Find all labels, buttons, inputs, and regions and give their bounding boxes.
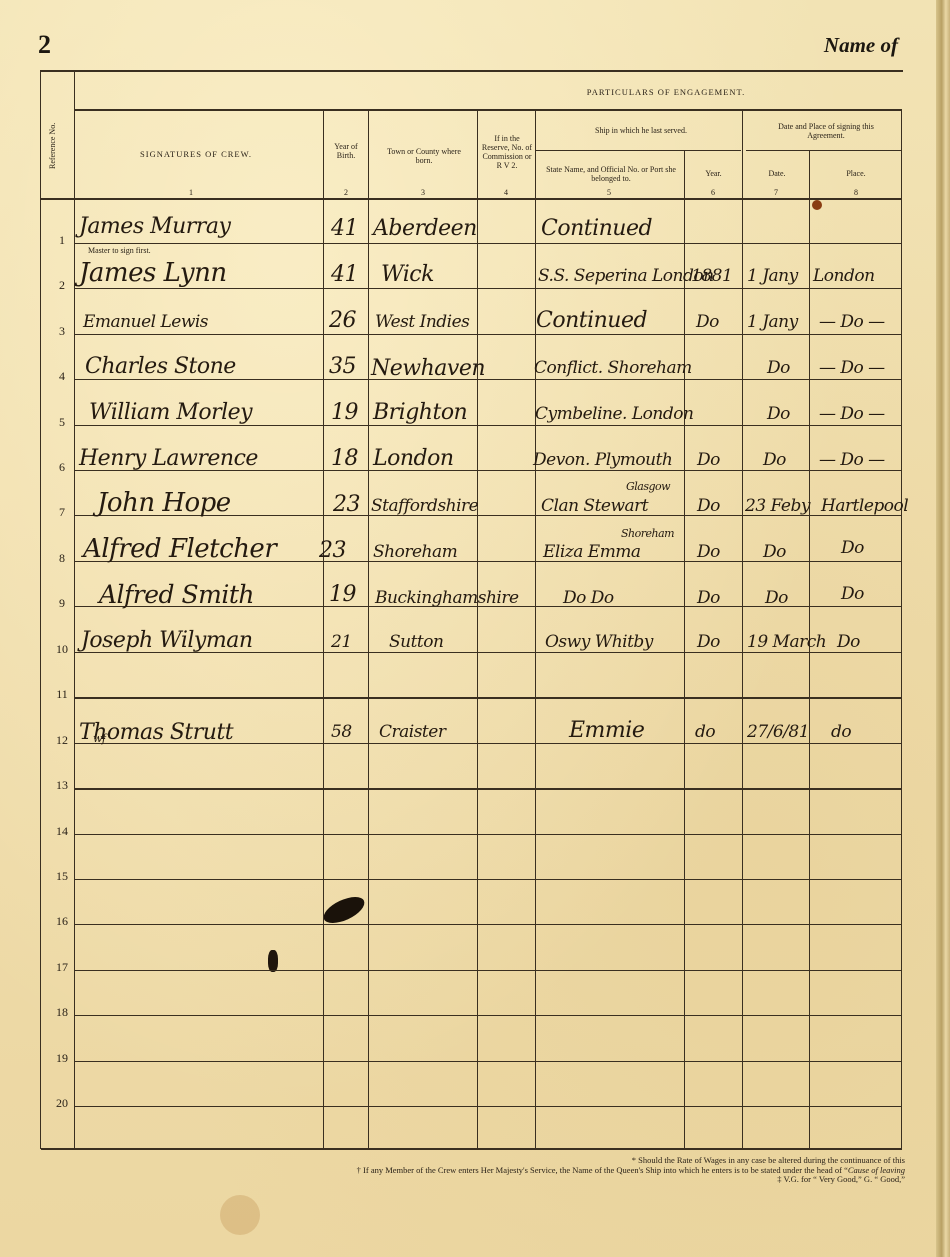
last-ship: Continued [536,308,647,333]
signing-date: Do [763,450,786,470]
col-number: 6 [703,188,723,197]
col-number: 8 [846,188,866,197]
crew-signature: Alfred Smith [99,580,254,609]
crew-signature: James Murray [79,214,230,239]
crew-birthplace: Craister [379,722,445,742]
row-ref-number: 14 [51,824,73,839]
signing-place: Do [841,584,864,604]
last-ship: Cymbeline. London [535,404,693,424]
row-ref-number: 3 [51,324,73,339]
signing-place: — Do — [819,312,885,332]
col-number: 7 [766,188,786,197]
last-ship: Eliza Emma [543,542,641,562]
crew-signature: Charles Stone [85,354,236,379]
last-ship: S.S. Seperina London [538,266,714,286]
last-ship: Emmie [569,718,644,743]
crew-signature: William Morley [89,400,252,425]
row-rule [74,1106,902,1107]
crew-signature: James Lynn [79,258,227,288]
crew-year-of-birth: 35 [329,354,356,379]
crew-birthplace: Aberdeen [373,216,477,241]
last-ship-year: Do [696,312,719,332]
col-number: 2 [336,188,356,197]
last-ship: Do Do [563,588,614,608]
crew-year-of-birth: 41 [331,262,358,287]
row-rule [74,924,902,925]
table-bottom-rule [41,1148,902,1150]
col-number: 4 [496,188,516,197]
row-ref-number: 5 [51,415,73,430]
col-number: 3 [413,188,433,197]
crew-signature: Henry Lawrence [79,446,258,471]
last-ship-year: Do [697,450,720,470]
page-number: 2 [38,30,51,60]
crew-year-of-birth: 19 [331,400,358,425]
row-ref-number: 2 [51,278,73,293]
crew-year-of-birth: 23 [333,492,360,517]
signing-place: London [813,266,875,286]
row-rule [74,1015,902,1016]
row-ref-number: 13 [51,778,73,793]
crew-year-of-birth: 58 [331,722,352,742]
signing-date: 23 Feby [745,496,810,516]
col-header-date: Date. [746,169,808,178]
col-header-town-born: Town or County where born. [379,147,469,165]
signing-date: Do [763,542,786,562]
last-ship-port-note: Shoreham [621,527,674,540]
signing-date: Do [767,404,790,424]
master-sign-note: Master to sign first. [88,246,151,255]
col-header-year: Year. [686,169,741,178]
last-ship: Clan Stewart [541,496,648,516]
col-divider [477,110,478,1149]
header-rule [41,198,902,200]
signing-date: 1 Jany [747,312,798,332]
signing-date: 19 March [747,632,826,652]
row-rule [74,243,902,244]
row-ref-number: 15 [51,869,73,884]
col-divider [323,110,324,1149]
crew-birthplace: Newhaven [371,356,485,381]
row-rule [74,834,902,835]
footnotes: * Should the Rate of Wages in any case b… [185,1156,905,1185]
last-ship: Conflict. Shoreham [534,358,692,378]
col-header-signatures: SIGNATURES OF CREW. [81,150,311,159]
row-ref-number: 6 [51,460,73,475]
col-divider [901,110,902,1149]
signing-date: 27/6/81 [747,722,809,742]
crew-birthplace: London [373,446,454,471]
col-header-ship-name: State Name, and Official No. or Port she… [541,165,681,183]
last-ship-year: 1881 [691,266,732,286]
row-ref-number: 19 [51,1051,73,1066]
last-ship-year: Do [697,542,720,562]
signing-date: Do [765,588,788,608]
row-rule [74,288,902,289]
crew-signature: Thomas Strutt [79,720,233,745]
col-header-year-of-birth: Year of Birth. [331,142,361,160]
header-rule [535,150,741,151]
crew-signature: Emanuel Lewis [83,312,208,332]
signing-place: Do [841,538,864,558]
water-stain [220,1195,260,1235]
row-rule [74,379,902,380]
crew-year-of-birth: 41 [331,216,358,241]
row-rule [74,788,902,790]
col-divider [742,110,743,1149]
crew-birthplace: Buckinghamshire [375,588,519,608]
row-ref-number: 12 [51,733,73,748]
signing-date: 1 Jany [747,266,798,286]
crew-birthplace: West Indies [375,312,469,332]
crew-year-of-birth: 19 [329,582,356,607]
crew-agreement-table: Reference No. PARTICULARS OF ENGAGEMENT.… [40,70,903,1149]
signing-date: Do [767,358,790,378]
row-ref-number: 9 [51,596,73,611]
signing-place: — Do — [819,404,885,424]
col-number: 1 [181,188,201,197]
row-ref-number: 4 [51,369,73,384]
crew-year-of-birth: 26 [329,308,356,333]
col-divider [74,72,75,1149]
page-binding-edge [936,0,950,1257]
last-ship-port-note: Glasgow [626,480,670,493]
last-ship: Devon. Plymouth [533,450,672,470]
row-ref-number: 17 [51,960,73,975]
crew-birthplace: Staffordshire [371,496,478,516]
crew-birthplace: Shoreham [373,542,457,562]
reference-no-header: Reference No. [48,106,72,186]
group-header-date-place: Date and Place of signing this Agreement… [776,122,876,140]
last-ship: Continued [541,216,652,241]
crew-year-of-birth: 18 [331,446,358,471]
row-ref-number: 8 [51,551,73,566]
last-ship-year: Do [697,496,720,516]
row-ref-number: 7 [51,505,73,520]
signing-place: — Do — [819,358,885,378]
section-title: PARTICULARS OF ENGAGEMENT. [501,88,831,97]
footnote-ratings: ‡ V.G. for “ Very Good,” G. “ Good,” [185,1175,905,1185]
col-header-reserve: If in the Reserve, No. of Commission or … [481,134,533,170]
col-divider [684,150,685,1149]
header-rule [74,109,902,111]
crew-birthplace: Brighton [373,400,467,425]
row-rule [74,425,902,426]
crew-birthplace: Wick [381,262,434,287]
group-header-last-ship: Ship in which he last served. [541,126,741,135]
col-header-place: Place. [811,169,901,178]
crew-birthplace: Sutton [389,632,443,652]
crew-signature: Joseph Wilyman [81,628,253,653]
row-ref-number: 10 [51,642,73,657]
row-rule [74,1061,902,1062]
row-rule [74,879,902,880]
col-number: 5 [599,188,619,197]
row-ref-number: 20 [51,1096,73,1111]
signing-place: do [831,722,851,742]
signing-place: Hartlepool [821,496,908,516]
row-rule [74,970,902,971]
row-ref-number: 11 [51,687,73,702]
page-heading: Name of [824,33,898,58]
last-ship-year: do [695,722,715,742]
crew-year-of-birth: 23 [319,538,346,563]
row-ref-number: 1 [51,233,73,248]
crew-year-of-birth: 21 [331,632,352,652]
last-ship-year: Do [697,588,720,608]
row-ref-number: 18 [51,1005,73,1020]
signing-place: — Do — [819,450,885,470]
header-rule [746,150,901,151]
crew-signature: John Hope [97,488,231,518]
row-rule [74,697,902,699]
row-rule [74,334,902,335]
col-divider [368,110,369,1149]
col-divider [535,110,536,1149]
signing-place: Do [837,632,860,652]
row-ref-number: 16 [51,914,73,929]
crew-signature: Alfred Fletcher [83,534,276,564]
last-ship-year: Do [697,632,720,652]
last-ship: Oswy Whitby [545,632,653,652]
